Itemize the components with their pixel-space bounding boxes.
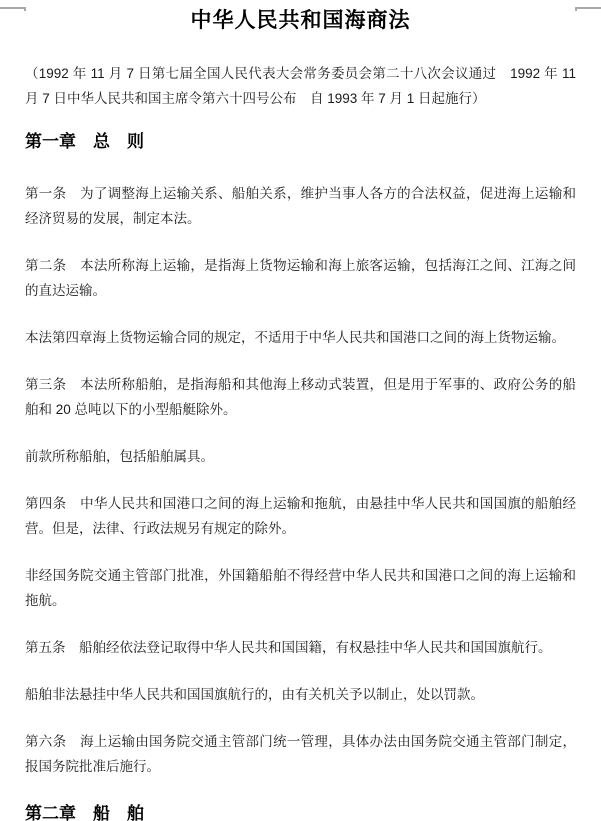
- page-margin-crop-mark-top-right: [575, 7, 601, 11]
- article-4-supplement-paragraph: 非经国务院交通主管部门批准，外国籍船舶不得经营中华人民共和国港口之间的海上运输和…: [25, 563, 576, 613]
- article-6-paragraph: 第六条 海上运输由国务院交通主管部门统一管理，具体办法由国务院交通主管部门制定，…: [25, 729, 576, 779]
- article-3-supplement-paragraph: 前款所称船舶，包括船舶属具。: [25, 444, 576, 469]
- article-2-supplement-paragraph: 本法第四章海上货物运输合同的规定，不适用于中华人民共和国港口之间的海上货物运输。: [25, 325, 576, 350]
- chapter-2-heading-text: 第二章 船: [25, 804, 127, 821]
- chapter-1-heading: 第一章 总 则: [25, 129, 576, 155]
- chapter-2-spellcheck-flagged-word: 舶: [127, 804, 144, 821]
- enactment-preamble: （1992 年 11 月 7 日第七届全国人民代表大会常务委员会第二十八次会议通…: [25, 61, 576, 111]
- document-page: 中华人民共和国海商法 （1992 年 11 月 7 日第七届全国人民代表大会常务…: [0, 6, 601, 821]
- article-5-supplement-paragraph: 船舶非法悬挂中华人民共和国国旗航行的，由有关机关予以制止，处以罚款。: [25, 682, 576, 707]
- article-5-paragraph: 第五条 船舶经依法登记取得中华人民共和国国籍，有权悬挂中华人民共和国国旗航行。: [25, 635, 576, 660]
- article-2-paragraph: 第二条 本法所称海上运输，是指海上货物运输和海上旅客运输，包括海江之间、江海之间…: [25, 253, 576, 303]
- article-1-paragraph: 第一条 为了调整海上运输关系、船舶关系，维护当事人各方的合法权益，促进海上运输和…: [25, 181, 576, 231]
- article-3-paragraph: 第三条 本法所称船舶，是指海船和其他海上移动式装置，但是用于军事的、政府公务的船…: [25, 372, 576, 422]
- article-4-paragraph: 第四条 中华人民共和国港口之间的海上运输和拖航，由悬挂中华人民共和国国旗的船舶经…: [25, 491, 576, 541]
- chapter-2-heading: 第二章 船 舶: [25, 801, 576, 821]
- document-title: 中华人民共和国海商法: [25, 6, 576, 36]
- page-margin-crop-mark-top-left: [0, 7, 26, 11]
